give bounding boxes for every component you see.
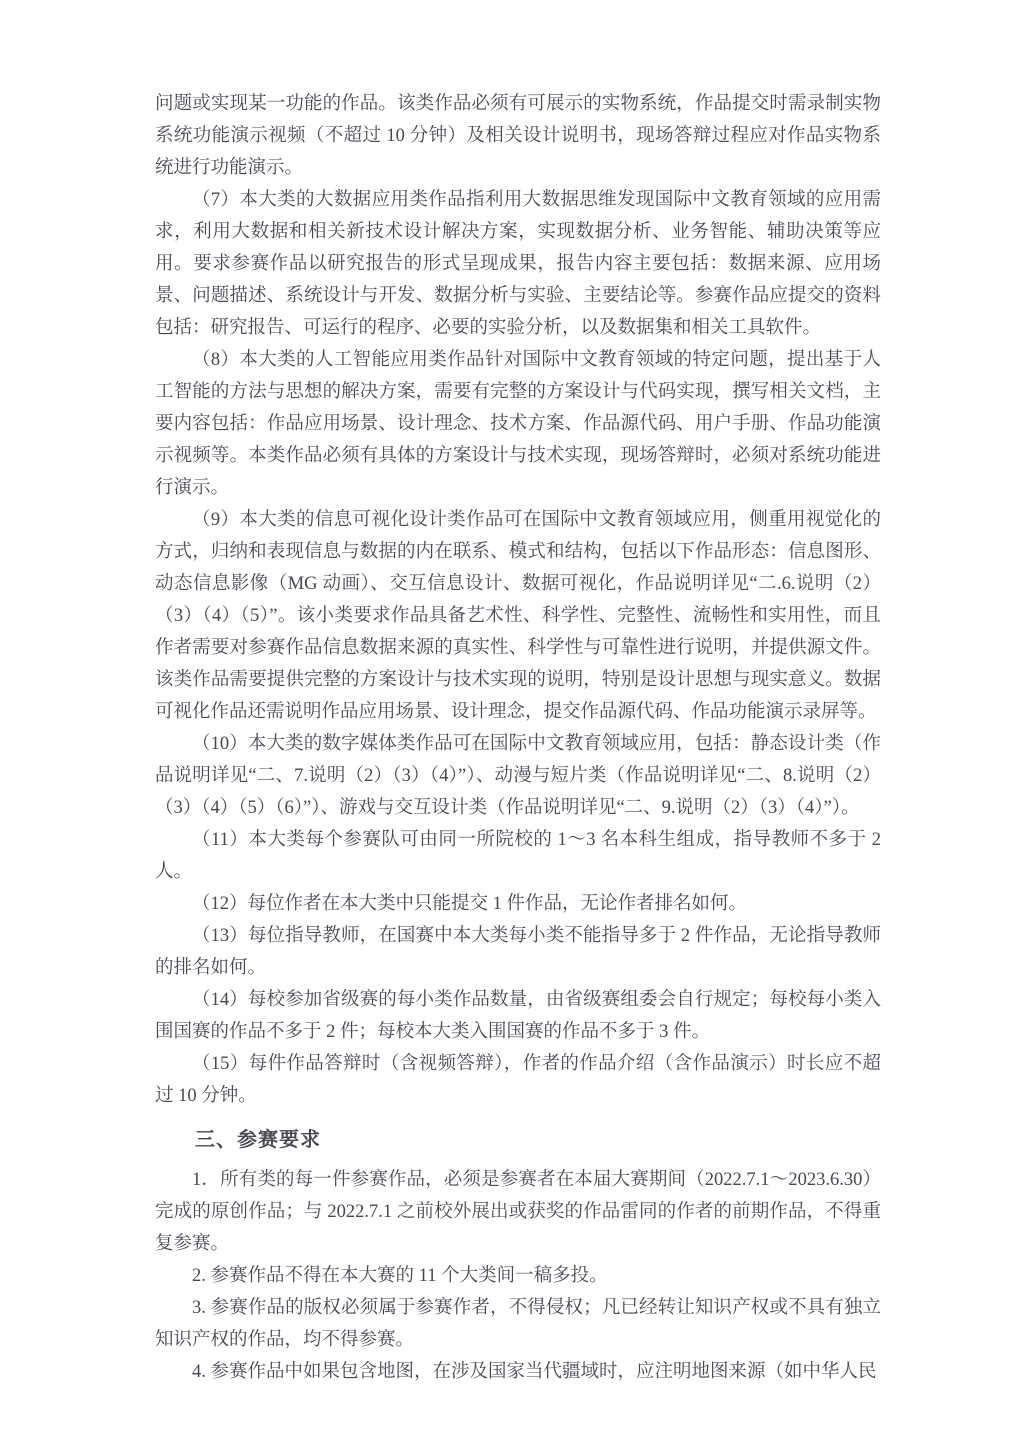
requirement-item-4: 4. 参赛作品中如果包含地图，在涉及国家当代疆域时，应注明地图来源（如中华人民 bbox=[155, 1356, 881, 1388]
paragraph-item-10: （10）本大类的数字媒体类作品可在国际中文教育领域应用，包括：静态设计类（作品说… bbox=[155, 728, 881, 824]
requirement-item-1: 1．所有类的每一件参赛作品，必须是参赛者在本届大赛期间（2022.7.1～202… bbox=[155, 1164, 881, 1260]
section-heading: 三、参赛要求 bbox=[155, 1124, 881, 1156]
paragraph-continued: 问题或实现某一功能的作品。该类作品必须有可展示的实物系统，作品提交时需录制实物系… bbox=[155, 88, 881, 184]
paragraph-item-8: （8）本大类的人工智能应用类作品针对国际中文教育领域的特定问题，提出基于人工智能… bbox=[155, 344, 881, 504]
document-page: 问题或实现某一功能的作品。该类作品必须有可展示的实物系统，作品提交时需录制实物系… bbox=[0, 0, 1024, 1448]
paragraph-item-13: （13）每位指导教师，在国赛中本大类每小类不能指导多于 2 件作品，无论指导教师… bbox=[155, 920, 881, 984]
paragraph-item-11: （11）本大类每个参赛队可由同一所院校的 1～3 名本科生组成，指导教师不多于 … bbox=[155, 824, 881, 888]
paragraph-item-7: （7）本大类的大数据应用类作品指利用大数据思维发现国际中文教育领域的应用需求，利… bbox=[155, 184, 881, 344]
paragraph-item-14: （14）每校参加省级赛的每小类作品数量，由省级赛组委会自行规定；每校每小类入围国… bbox=[155, 984, 881, 1048]
document-content: 问题或实现某一功能的作品。该类作品必须有可展示的实物系统，作品提交时需录制实物系… bbox=[155, 88, 881, 1388]
paragraph-item-9: （9）本大类的信息可视化设计类作品可在国际中文教育领域应用，侧重用视觉化的方式，… bbox=[155, 504, 881, 728]
paragraph-item-15: （15）每件作品答辩时（含视频答辩），作者的作品介绍（含作品演示）时长应不超过 … bbox=[155, 1048, 881, 1112]
paragraph-item-12: （12）每位作者在本大类中只能提交 1 件作品，无论作者排名如何。 bbox=[155, 888, 881, 920]
requirement-item-3: 3. 参赛作品的版权必须属于参赛作者，不得侵权；凡已经转让知识产权或不具有独立知… bbox=[155, 1292, 881, 1356]
requirement-item-2: 2. 参赛作品不得在本大赛的 11 个大类间一稿多投。 bbox=[155, 1260, 881, 1292]
